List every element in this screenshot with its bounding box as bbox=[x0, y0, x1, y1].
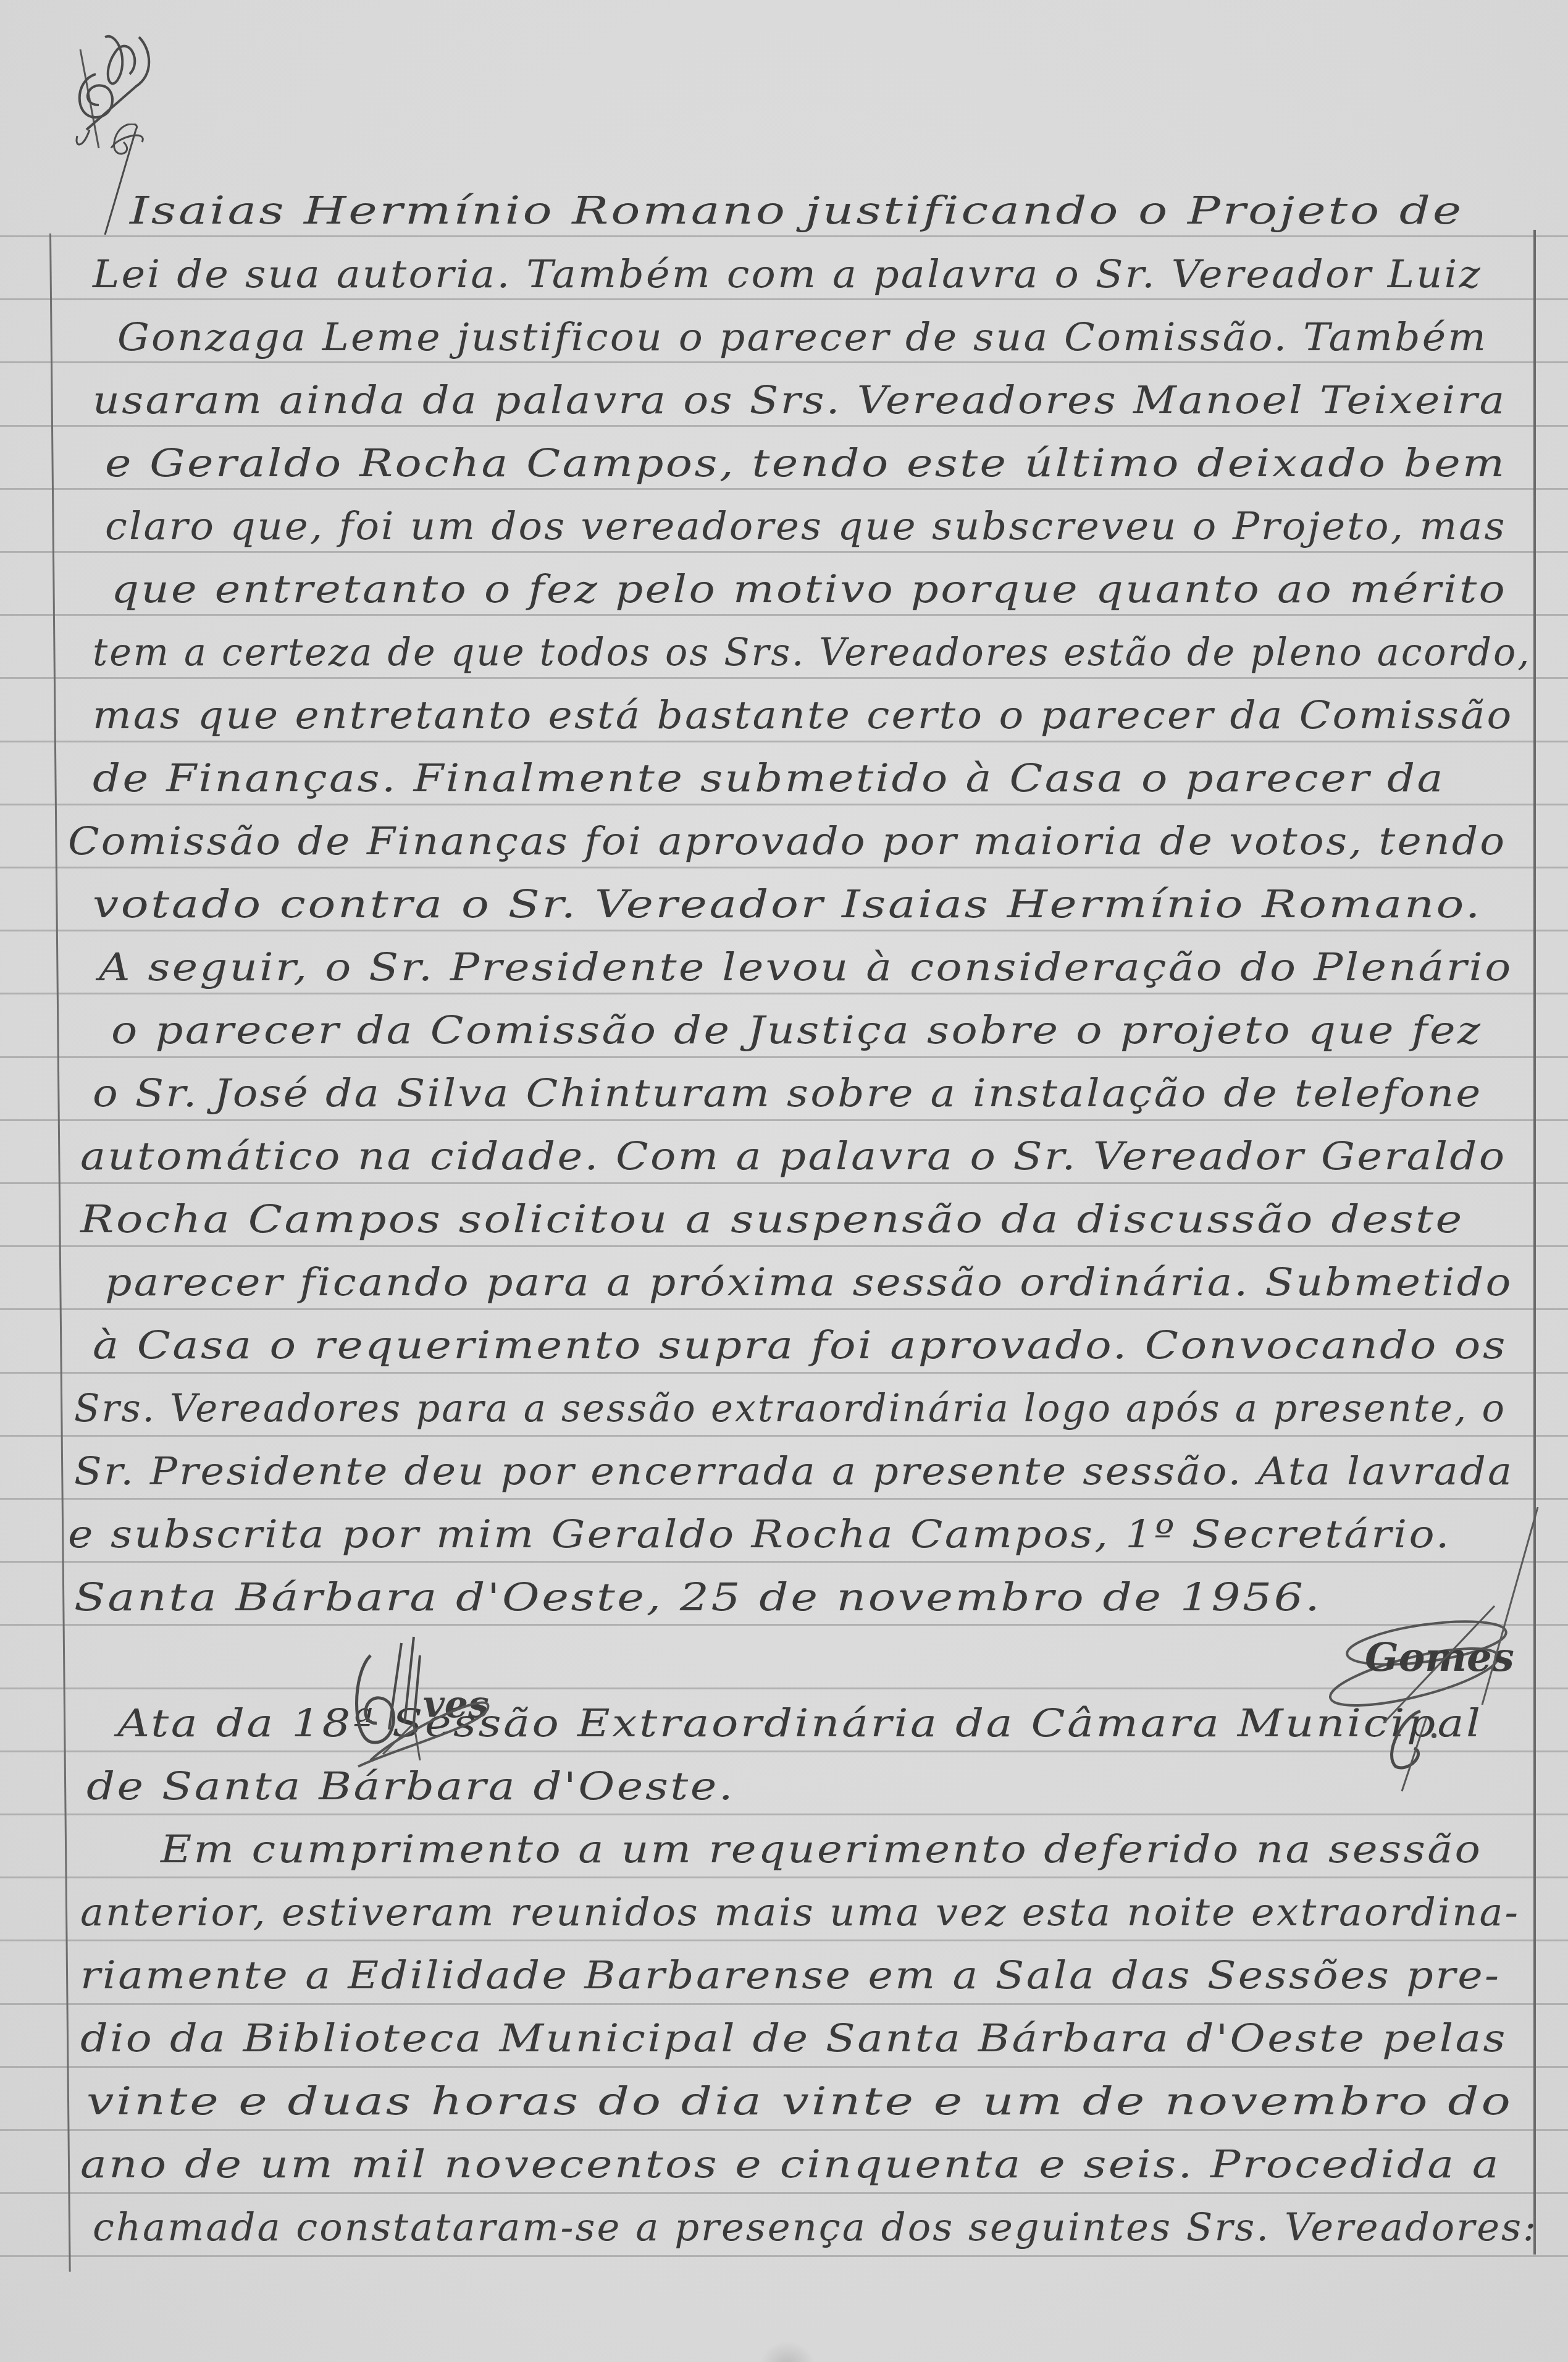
handwritten-line: Comissão de Finanças foi aprovado por ma… bbox=[68, 822, 1506, 860]
ruled-line bbox=[0, 1372, 1568, 1374]
handwritten-line: chamada constataram-se a presença dos se… bbox=[93, 2208, 1538, 2246]
handwritten-line: dio da Biblioteca Municipal de Santa Bár… bbox=[80, 2019, 1507, 2057]
pen-stroke-icon bbox=[1470, 1507, 1544, 1705]
handwritten-line: Rocha Campos solicitou a suspensão da di… bbox=[80, 1200, 1464, 1238]
ruled-line bbox=[0, 1814, 1568, 1815]
ruled-line bbox=[0, 425, 1568, 427]
ruled-line bbox=[0, 1245, 1568, 1247]
ruled-line bbox=[0, 361, 1568, 363]
handwritten-line: e subscrita por mim Geraldo Rocha Campos… bbox=[68, 1515, 1451, 1553]
ruled-line bbox=[0, 2255, 1568, 2257]
handwritten-line: Santa Bárbara d'Oeste, 25 de novembro de… bbox=[74, 1578, 1322, 1616]
ledger-page: Isaias Hermínio Romano justificando o Pr… bbox=[0, 0, 1568, 2362]
ruled-line bbox=[0, 930, 1568, 931]
ruled-line bbox=[0, 235, 1568, 237]
handwritten-line: anterior, estiveram reunidos mais uma ve… bbox=[80, 1893, 1520, 1931]
handwritten-line: Ata da 18ª Sessão Extraordinária da Câma… bbox=[117, 1704, 1483, 1742]
handwritten-line: A seguir, o Sr. Presidente levou à consi… bbox=[99, 948, 1513, 986]
ruled-line bbox=[0, 804, 1568, 805]
handwritten-line: usaram ainda da palavra os Srs. Vereador… bbox=[93, 381, 1507, 419]
ruled-line bbox=[0, 1308, 1568, 1310]
ruled-line bbox=[0, 1056, 1568, 1058]
ruled-line bbox=[0, 1877, 1568, 1878]
ruled-line bbox=[0, 867, 1568, 868]
handwritten-line: Sr. Presidente deu por encerrada a prese… bbox=[74, 1452, 1514, 1490]
handwritten-line: riamente a Edilidade Barbarense em a Sal… bbox=[80, 1956, 1501, 1994]
handwritten-line: mas que entretanto está bastante certo o… bbox=[93, 696, 1514, 734]
ruled-line bbox=[0, 1435, 1568, 1437]
ruled-line bbox=[0, 1498, 1568, 1500]
ruled-line bbox=[0, 1750, 1568, 1752]
handwritten-line: automático na cidade. Com a palavra o Sr… bbox=[80, 1137, 1506, 1175]
right-margin-line bbox=[1533, 230, 1536, 2255]
signature-initial-c bbox=[1377, 1699, 1451, 1797]
ruled-line bbox=[0, 1182, 1568, 1184]
ruled-line bbox=[0, 2192, 1568, 2194]
ruled-line bbox=[0, 488, 1568, 490]
ruled-line bbox=[0, 551, 1568, 553]
handwritten-line: Srs. Vereadores para a sessão extraordin… bbox=[74, 1389, 1506, 1427]
ruled-line bbox=[0, 2066, 1568, 2068]
ruled-line bbox=[0, 614, 1568, 616]
handwritten-line: votado contra o Sr. Vereador Isaias Herm… bbox=[93, 885, 1482, 923]
ruled-line bbox=[0, 2003, 1568, 2005]
handwritten-line: de Santa Bárbara d'Oeste. bbox=[86, 1767, 735, 1805]
left-margin-line bbox=[49, 233, 71, 2272]
binding-shadow bbox=[760, 2341, 815, 2362]
handwritten-line: o Sr. José da Silva Chinturam sobre a in… bbox=[93, 1074, 1483, 1112]
ruled-line bbox=[0, 993, 1568, 994]
ruled-line bbox=[0, 1119, 1568, 1121]
handwritten-line: o parecer da Comissão de Justiça sobre o… bbox=[111, 1011, 1482, 1049]
ruled-line bbox=[0, 298, 1568, 300]
ruled-line bbox=[0, 2129, 1568, 2131]
handwritten-line: claro que, foi um dos vereadores que sub… bbox=[105, 507, 1506, 545]
ruled-line bbox=[0, 677, 1568, 679]
handwritten-line: tem a certeza de que todos os Srs. Verea… bbox=[93, 633, 1531, 671]
handwritten-line: ano de um mil novecentos e cinquenta e s… bbox=[80, 2145, 1501, 2183]
handwritten-line: Isaias Hermínio Romano justificando o Pr… bbox=[130, 191, 1464, 230]
ruled-line bbox=[0, 741, 1568, 742]
signature-alves: ves bbox=[346, 1631, 506, 1773]
handwritten-line: vinte e duas horas do dia vinte e um de … bbox=[86, 2082, 1513, 2120]
handwritten-line: parecer ficando para a próxima sessão or… bbox=[105, 1263, 1513, 1301]
handwritten-line: à Casa o requerimento supra foi aprovado… bbox=[93, 1326, 1507, 1364]
handwritten-line: Lei de sua autoria. Também com a palavra… bbox=[93, 255, 1482, 293]
ruled-line bbox=[0, 1940, 1568, 1941]
handwritten-line: Em cumprimento a um requerimento deferid… bbox=[161, 1830, 1482, 1868]
handwritten-line: de Finanças. Finalmente submetido à Casa… bbox=[93, 759, 1445, 797]
handwritten-line: Gonzaga Leme justificou o parecer de sua… bbox=[117, 318, 1488, 356]
ruled-line bbox=[0, 1561, 1568, 1563]
handwritten-line: e Geraldo Rocha Campos, tendo este últim… bbox=[105, 444, 1507, 482]
handwritten-line: que entretanto o fez pelo motivo porque … bbox=[111, 570, 1507, 608]
